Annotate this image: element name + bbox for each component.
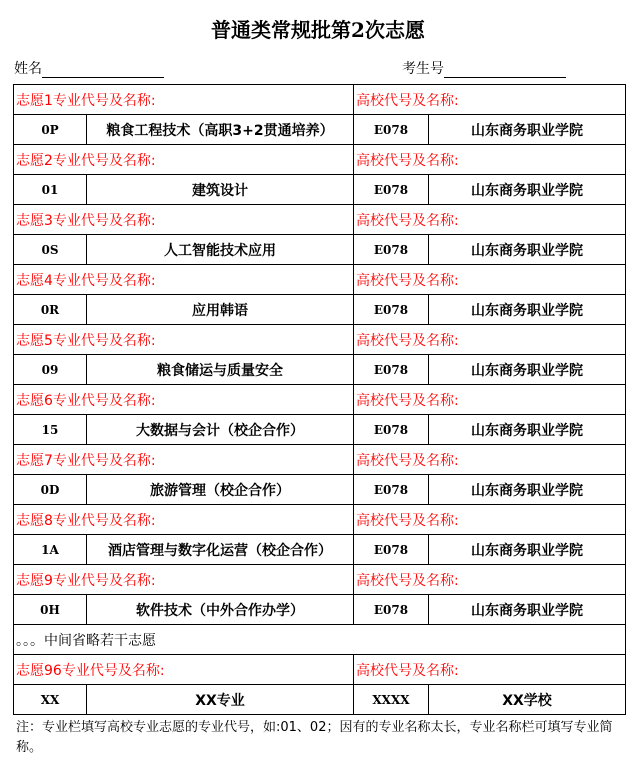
choice-header-row: 志愿6专业代号及名称:高校代号及名称:	[14, 385, 626, 415]
choice-header-row: 志愿1专业代号及名称:高校代号及名称:	[14, 85, 626, 115]
major-code-cell: 0P	[14, 115, 87, 145]
choice-value-row: 0H软件技术（中外合作办学）E078山东商务职业学院	[14, 595, 626, 625]
school-header-label: 高校代号及名称:	[354, 145, 626, 175]
school-name-cell: 山东商务职业学院	[429, 295, 626, 325]
exam-number-field: 考生号	[402, 58, 566, 78]
major-code-cell: 0R	[14, 295, 87, 325]
major-name-cell: 酒店管理与数字化运营（校企合作）	[87, 535, 354, 565]
omitted-row: 。。。中间省略若干志愿	[14, 625, 626, 655]
choice-header-row: 志愿2专业代号及名称:高校代号及名称:	[14, 145, 626, 175]
school-code-cell: E078	[354, 535, 429, 565]
choice-value-row: 01建筑设计E078山东商务职业学院	[14, 175, 626, 205]
choice-value-row: 15大数据与会计（校企合作）E078山东商务职业学院	[14, 415, 626, 445]
major-code-cell: 15	[14, 415, 87, 445]
major-name-cell: 粮食工程技术（高职3+2贯通培养）	[87, 115, 354, 145]
major-name-cell: XX专业	[87, 685, 354, 715]
major-name-cell: 人工智能技术应用	[87, 235, 354, 265]
school-header-label: 高校代号及名称:	[354, 565, 626, 595]
school-code-cell: E078	[354, 295, 429, 325]
choice-header-row: 志愿3专业代号及名称:高校代号及名称:	[14, 205, 626, 235]
choice-value-row: 0D旅游管理（校企合作）E078山东商务职业学院	[14, 475, 626, 505]
major-header-label: 志愿96专业代号及名称:	[14, 655, 354, 685]
major-code-cell: 0D	[14, 475, 87, 505]
choices-table: 志愿1专业代号及名称:高校代号及名称:0P粮食工程技术（高职3+2贯通培养）E0…	[13, 84, 626, 715]
name-label: 姓名	[14, 58, 42, 78]
major-header-label: 志愿1专业代号及名称:	[14, 85, 354, 115]
school-header-label: 高校代号及名称:	[354, 85, 626, 115]
school-code-cell: E078	[354, 235, 429, 265]
choice-value-row: 0R应用韩语E078山东商务职业学院	[14, 295, 626, 325]
school-code-cell: E078	[354, 175, 429, 205]
choice-value-row: 1A酒店管理与数字化运营（校企合作）E078山东商务职业学院	[14, 535, 626, 565]
major-header-label: 志愿3专业代号及名称:	[14, 205, 354, 235]
major-header-label: 志愿9专业代号及名称:	[14, 565, 354, 595]
major-name-cell: 建筑设计	[87, 175, 354, 205]
school-name-cell: 山东商务职业学院	[429, 475, 626, 505]
major-name-cell: 应用韩语	[87, 295, 354, 325]
major-code-cell: 0S	[14, 235, 87, 265]
choice-value-row: 09粮食储运与质量安全E078山东商务职业学院	[14, 355, 626, 385]
page-title: 普通类常规批第2次志愿	[0, 14, 636, 43]
name-field: 姓名	[14, 58, 164, 78]
school-name-cell: XX学校	[429, 685, 626, 715]
school-code-cell: E078	[354, 595, 429, 625]
major-code-cell: 1A	[14, 535, 87, 565]
school-code-cell: E078	[354, 355, 429, 385]
major-header-label: 志愿8专业代号及名称:	[14, 505, 354, 535]
major-name-cell: 旅游管理（校企合作）	[87, 475, 354, 505]
choice-value-row: 0P粮食工程技术（高职3+2贯通培养）E078山东商务职业学院	[14, 115, 626, 145]
major-name-cell: 粮食储运与质量安全	[87, 355, 354, 385]
school-name-cell: 山东商务职业学院	[429, 175, 626, 205]
choice-header-row: 志愿9专业代号及名称:高校代号及名称:	[14, 565, 626, 595]
school-header-label: 高校代号及名称:	[354, 325, 626, 355]
choice-header-row: 志愿4专业代号及名称:高校代号及名称:	[14, 265, 626, 295]
school-name-cell: 山东商务职业学院	[429, 595, 626, 625]
exam-number-blank-line	[444, 61, 566, 78]
major-header-label: 志愿7专业代号及名称:	[14, 445, 354, 475]
school-name-cell: 山东商务职业学院	[429, 415, 626, 445]
school-header-label: 高校代号及名称:	[354, 265, 626, 295]
school-code-cell: E078	[354, 415, 429, 445]
choice-value-row: XXXX专业XXXXXX学校	[14, 685, 626, 715]
school-name-cell: 山东商务职业学院	[429, 535, 626, 565]
major-name-cell: 大数据与会计（校企合作）	[87, 415, 354, 445]
school-name-cell: 山东商务职业学院	[429, 235, 626, 265]
choice-header-row: 志愿96专业代号及名称:高校代号及名称:	[14, 655, 626, 685]
choice-header-row: 志愿5专业代号及名称:高校代号及名称:	[14, 325, 626, 355]
school-header-label: 高校代号及名称:	[354, 445, 626, 475]
school-code-cell: E078	[354, 475, 429, 505]
major-code-cell: 01	[14, 175, 87, 205]
choice-header-row: 志愿7专业代号及名称:高校代号及名称:	[14, 445, 626, 475]
footnote: 注：专业栏填写高校专业志愿的专业代号，如:01、02；因有的专业名称太长，专业名…	[16, 718, 628, 758]
major-code-cell: 09	[14, 355, 87, 385]
exam-number-label: 考生号	[402, 58, 444, 78]
school-header-label: 高校代号及名称:	[354, 385, 626, 415]
omitted-text: 。。。中间省略若干志愿	[14, 625, 626, 655]
school-header-label: 高校代号及名称:	[354, 205, 626, 235]
major-code-cell: 0H	[14, 595, 87, 625]
major-header-label: 志愿4专业代号及名称:	[14, 265, 354, 295]
school-header-label: 高校代号及名称:	[354, 655, 626, 685]
name-blank-line	[42, 61, 164, 78]
major-name-cell: 软件技术（中外合作办学）	[87, 595, 354, 625]
major-header-label: 志愿5专业代号及名称:	[14, 325, 354, 355]
school-code-cell: XXXX	[354, 685, 429, 715]
major-header-label: 志愿6专业代号及名称:	[14, 385, 354, 415]
choice-header-row: 志愿8专业代号及名称:高校代号及名称:	[14, 505, 626, 535]
school-name-cell: 山东商务职业学院	[429, 115, 626, 145]
major-code-cell: XX	[14, 685, 87, 715]
major-header-label: 志愿2专业代号及名称:	[14, 145, 354, 175]
school-header-label: 高校代号及名称:	[354, 505, 626, 535]
school-name-cell: 山东商务职业学院	[429, 355, 626, 385]
school-code-cell: E078	[354, 115, 429, 145]
choice-value-row: 0S人工智能技术应用E078山东商务职业学院	[14, 235, 626, 265]
